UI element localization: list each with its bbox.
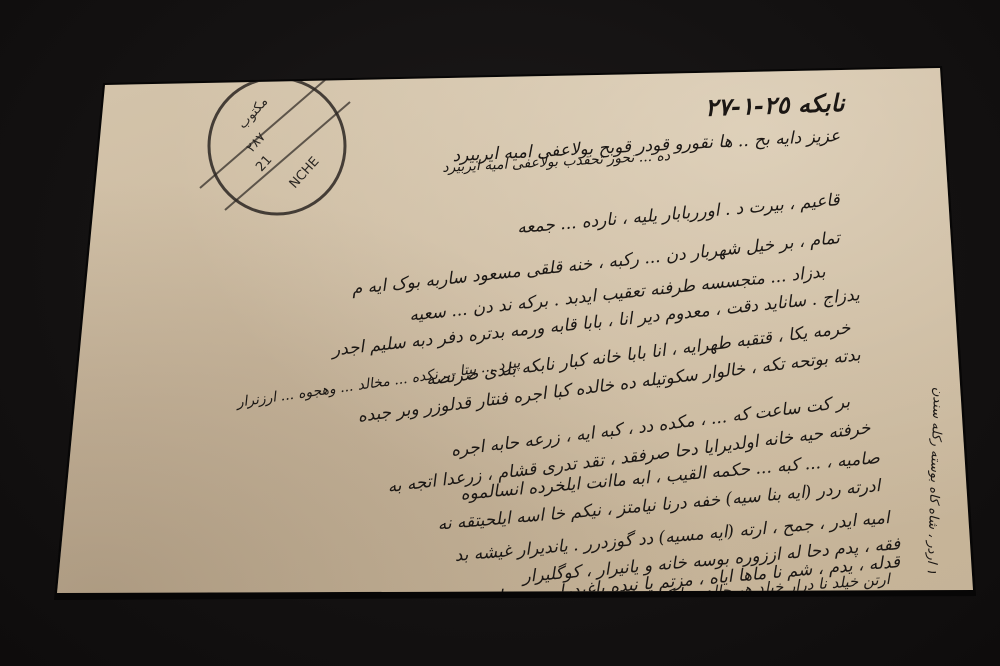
- text-line: قاعیم ، بیرت د . اورربابار یلیه ، نارده …: [517, 190, 841, 238]
- postmark-stamp: ٢٨٧ 21 NCHE مكتوب: [195, 70, 365, 220]
- header-place: نابكه: [798, 88, 846, 119]
- postmark-arabic: مكتوب: [235, 94, 271, 132]
- postmark-latin: NCHE: [287, 154, 323, 191]
- postmark-number: 21: [253, 153, 275, 175]
- postcard: ٢٨٧ 21 NCHE مكتوب نابكه ٢٥-١-٢٧ عزيز داي…: [0, 0, 1000, 666]
- header-date: ٢٥-١-٢٧: [705, 90, 790, 122]
- postmark-date: ٢٨٧: [244, 130, 269, 156]
- header-line: نابكه ٢٥-١-٢٧: [705, 88, 845, 122]
- margin-note: ١ اردر ، شاه کاه بوسته رکله سندن: [924, 304, 948, 574]
